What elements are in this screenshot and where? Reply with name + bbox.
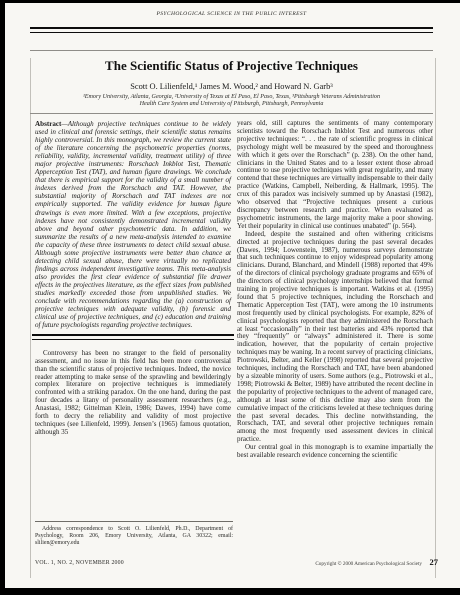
body-paragraph-right-1: years old, still captures the sentiments… xyxy=(237,120,433,231)
rule-above-title xyxy=(30,50,433,51)
journal-running-head: PSYCHOLOGICAL SCIENCE IN THE PUBLIC INTE… xyxy=(30,11,433,17)
right-frame-line xyxy=(435,58,436,578)
authors-byline: Scott O. Lilienfeld,¹ James M. Wood,² an… xyxy=(30,82,433,91)
scanned-page-background: { "journal": { "header": "PSYCHOLOGICAL … xyxy=(0,0,460,595)
author-affiliations: ¹Emory University, Atlanta, Georgia, ²Un… xyxy=(30,94,433,109)
right-column: years old, still captures the sentiments… xyxy=(237,120,433,460)
header-double-rule xyxy=(30,27,433,33)
page-number: 27 xyxy=(426,557,438,567)
abstract-label: Abstract xyxy=(35,120,61,128)
left-column: Abstract—Although projective techniques … xyxy=(35,120,231,437)
footer-copyright-line: Copyright © 2000 American Psychological … xyxy=(237,561,422,567)
article-title: The Scientific Status of Projective Tech… xyxy=(30,58,433,73)
footer-volume-line: VOL. 1, NO. 2, NOVEMBER 2000 xyxy=(35,560,124,566)
abstract-end-double-rule xyxy=(32,334,234,340)
abstract-text: —Although projective techniques continue… xyxy=(35,120,231,329)
body-paragraph-right-2: Indeed, despite the sustained and often … xyxy=(237,231,433,444)
body-paragraph-right-3: Our central goal in this monograph is to… xyxy=(237,444,433,460)
correspondence-footnote: Address correspondence to Scott O. Lilie… xyxy=(35,521,233,547)
affiliation-line-2: Health Care System and University of Pit… xyxy=(30,101,433,108)
journal-page: PSYCHOLOGICAL SCIENCE IN THE PUBLIC INTE… xyxy=(5,3,460,588)
rule-below-affiliations xyxy=(30,113,433,114)
body-paragraph-left: Controversy has been no stranger to the … xyxy=(35,350,231,437)
left-frame-line xyxy=(30,58,31,578)
abstract-paragraph: Abstract—Although projective techniques … xyxy=(35,120,231,329)
